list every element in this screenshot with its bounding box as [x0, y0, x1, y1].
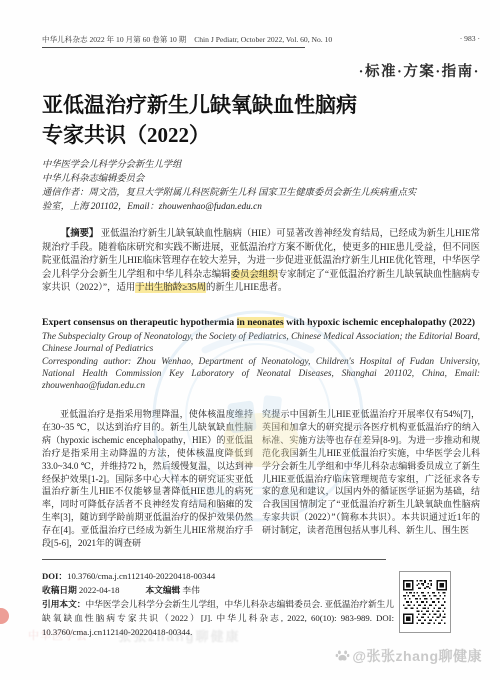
affiliation-en: The Subspecialty Group of Neonatology, t… [42, 331, 480, 355]
body-column-left: 亚低温治疗是指采用物理降温，使体核温度维持在30~35 ℃，以达到治疗目的。新生… [42, 408, 253, 550]
journal-name-en: Chin J Pediatr, October 2022, Vol. 60, N… [194, 35, 332, 44]
doi-line: DOI：10.3760/cma.j.cn112140-20220418-0034… [42, 569, 394, 583]
body-columns: 亚低温治疗是指采用物理降温，使体核温度维持在30~35 ℃，以达到治疗目的。新生… [42, 408, 480, 550]
doi-value: 10.3760/cma.j.cn112140-20220418-00344 [67, 571, 215, 581]
ghost-watermark-gray: 张张zhang聊健康 [118, 626, 241, 645]
abstract-cn: 【摘要】 亚低温治疗新生儿缺氧缺血性脑病（HIE）可显著改善神经发育结局，已经成… [42, 228, 480, 296]
credit-watermark: @张张zhang聊健康 [0, 646, 482, 666]
received-line: 收稿日期 2022-04-18本文编辑 李伟 [42, 583, 394, 597]
running-head-journal: 中华儿科杂志 2022 年 10 月第 60 卷第 10 期 Chin J Pe… [42, 34, 332, 45]
received-label: 收稿日期 [42, 585, 77, 595]
qr-code [399, 571, 451, 633]
section-label: ·标准·方案·指南· [42, 60, 480, 81]
article-title-en: Expert consensus on therapeutic hypother… [42, 317, 480, 330]
running-head: 中华儿科杂志 2022 年 10 月第 60 卷第 10 期 Chin J Pe… [42, 34, 480, 45]
credit-text: @张张zhang聊健康 [352, 648, 482, 664]
abstract-highlight-2: 于出生胎龄≥35周 [135, 283, 206, 293]
abstract-text-3: 的新生儿HIE患者。 [206, 283, 287, 293]
abstract-en: Expert consensus on therapeutic hypother… [42, 317, 480, 393]
received-date: 2022-04-18 [79, 585, 120, 595]
title-en-part1: Expert consensus on therapeutic hypother… [42, 317, 237, 328]
red-dot-artifact [0, 608, 9, 624]
page-number: · 983 · [460, 34, 480, 45]
article-title-line1: 亚低温治疗新生儿缺氧缺血性脑病 [42, 93, 357, 117]
running-head-rule [42, 47, 305, 48]
title-en-part2: with hypoxic ischemic encephalopathy (20… [284, 317, 475, 328]
journal-name-cn: 中华儿科杂志 2022 年 10 月第 60 卷第 10 期 [42, 35, 186, 44]
author-block: 中华医学会儿科学分会新生儿学组 中华儿科杂志编辑委员会 通信作者：周文浩，复旦大… [42, 158, 420, 214]
author-group-1: 中华医学会儿科学分会新生儿学组 [42, 158, 420, 172]
doi-label: DOI： [42, 571, 67, 581]
abstract-label: 【摘要】 [61, 229, 99, 239]
article-title: 亚低温治疗新生儿缺氧缺血性脑病 专家共识（2022） [42, 90, 480, 150]
corresponding-author: 通信作者：周文浩，复旦大学附属儿科医院新生儿科 国家卫生健康委员会新生儿疾病重点… [42, 186, 420, 214]
body-column-right: 究提示中国新生儿HIE亚低温治疗开展率仅有54%[7]，英国和加拿大的研究提示各… [262, 408, 480, 550]
citation-label: 引用本文： [42, 599, 85, 609]
title-en-highlight: in neonates [237, 317, 284, 328]
article-title-line2: 专家共识（2022） [42, 123, 210, 147]
editor-name: 李伟 [182, 585, 199, 595]
abstract-highlight-1: 委员会组织 [231, 270, 278, 280]
journal-page: 中华儿科杂志 2022 年 10 月第 60 卷第 10 期 Chin J Pe… [0, 0, 500, 680]
author-group-2: 中华儿科杂志编辑委员会 [42, 172, 420, 186]
ghost-watermark-pink: 中华医学会 [28, 627, 88, 643]
footnote-rule [42, 559, 386, 560]
editor-label: 本文编辑 [145, 585, 180, 595]
paw-icon [335, 648, 350, 663]
corresponding-author-en: Corresponding author: Zhou Wenhao, Depar… [42, 356, 480, 393]
qr-code-pattern [403, 575, 447, 629]
